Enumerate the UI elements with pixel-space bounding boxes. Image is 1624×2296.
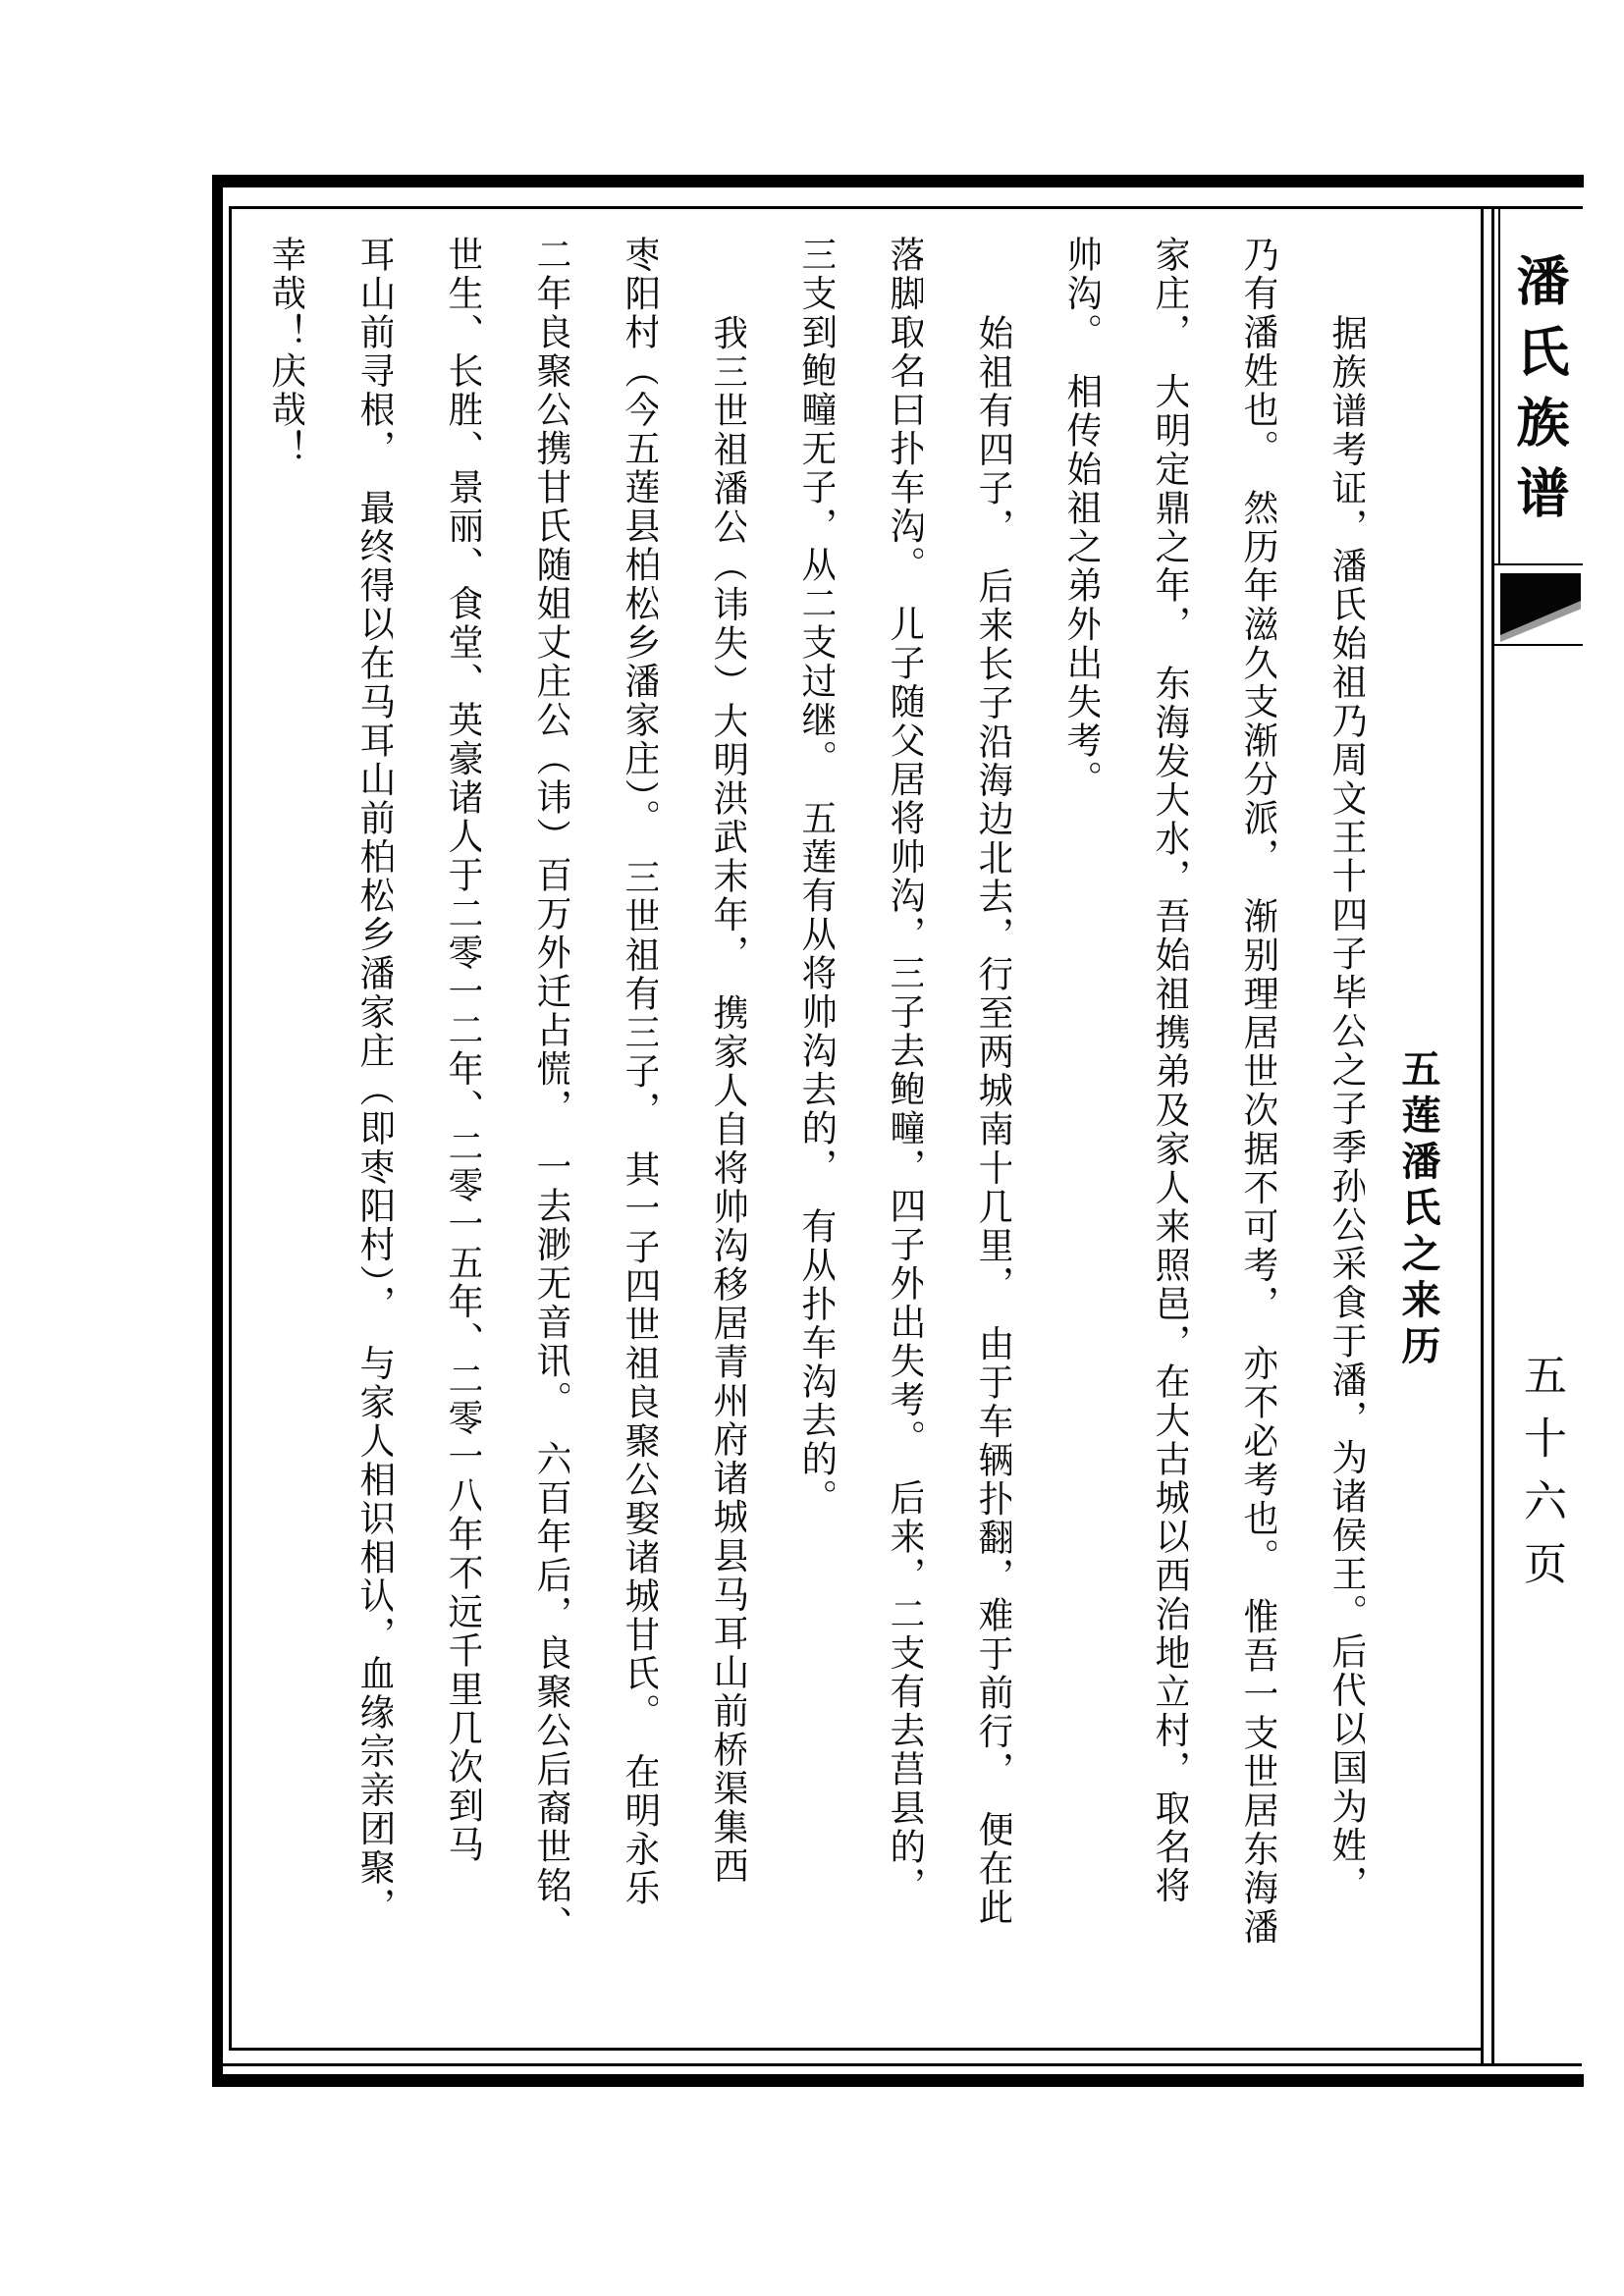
text-column-8: 我三世祖潘公（讳失）大明洪武末年， 携家人自将帅沟移居青州府诸城县马耳山前桥渠集… [707, 236, 746, 2050]
text-column-6: 落脚取名曰扑车沟。 儿子随父居将帅沟，三子去鲍疃，四子外出失考。 后来，二支有去… [884, 236, 923, 2050]
textbox-right-rule-outer [1491, 206, 1494, 2066]
genealogy-scan-page: 潘氏族谱 五十六页 五莲潘氏之来历 据族谱考证，潘氏始祖乃周文王十四子毕公之子季… [0, 0, 1624, 2296]
text-column-10: 二年良聚公携甘氏随姐丈庄公（讳）百万外迁占慌， 一去渺无音讯。 六百年后，良聚公… [530, 236, 569, 2050]
textbox-right-rule-inner [1481, 206, 1484, 2066]
article-body: 据族谱考证，潘氏始祖乃周文王十四子毕公之子季孙公采食于潘，为诸侯王。后代以国为姓… [231, 236, 1365, 2050]
frame-inner-bottom-rule [223, 2063, 1582, 2066]
article-heading: 五莲潘氏之来历 [1390, 1048, 1446, 1371]
text-column-12: 耳山前寻根， 最终得以在马耳山前柏松乡潘家庄（即枣阳村）， 与家人相识相认，血缘… [353, 236, 393, 2050]
text-column-4: 帅沟。 相传始祖之弟外出失考。 [1060, 236, 1100, 2050]
text-column-9: 枣阳村（今五莲县柏松乡潘家庄）。 三世祖有三子， 其一子四世祖良聚公娶诸城甘氏。… [619, 236, 658, 2050]
text-column-11: 世生、长胜、景丽、食堂、英豪诸人于二零一二年、二零一五年、二零一八年不远千里几次… [442, 236, 481, 2050]
text-column-7: 三支到鲍疃无子，从二支过继。 五莲有从将帅沟去的， 有从扑车沟去的。 [795, 236, 835, 2050]
text-column-13: 幸哉！庆哉！ [265, 236, 304, 2050]
frame-inner-top-rule [229, 206, 1583, 209]
spine-titlebox-bottom-rule [1493, 563, 1583, 565]
frame-outer-left-border [212, 175, 223, 2087]
frame-outer-top-border [212, 175, 1584, 187]
text-column-5: 始祖有四子， 后来长子沿海边北去，行至两城南十几里， 由于车辆扑翻，难于前行， … [972, 236, 1011, 2050]
book-title: 潘氏族谱 [1501, 253, 1577, 536]
page-number: 五十六页 [1509, 1353, 1572, 1604]
text-column-3: 家庄， 大明定鼎之年， 东海发大水，吾始祖携弟及家人来照邑，在大古城以西治地立村… [1149, 236, 1188, 2050]
spine-markcell-bottom-rule [1493, 644, 1583, 646]
text-column-1: 据族谱考证，潘氏始祖乃周文王十四子毕公之子季孙公采食于潘，为诸侯王。后代以国为姓… [1326, 236, 1365, 2050]
black-triangle-icon [1500, 573, 1581, 642]
frame-outer-bottom-border [212, 2074, 1584, 2087]
spine-titlebox-left-rule [1498, 208, 1500, 565]
text-column-2: 乃有潘姓也。 然历年滋久支渐分派， 渐别理居世次据不可考， 亦不必考也。 惟吾一… [1237, 236, 1276, 2050]
